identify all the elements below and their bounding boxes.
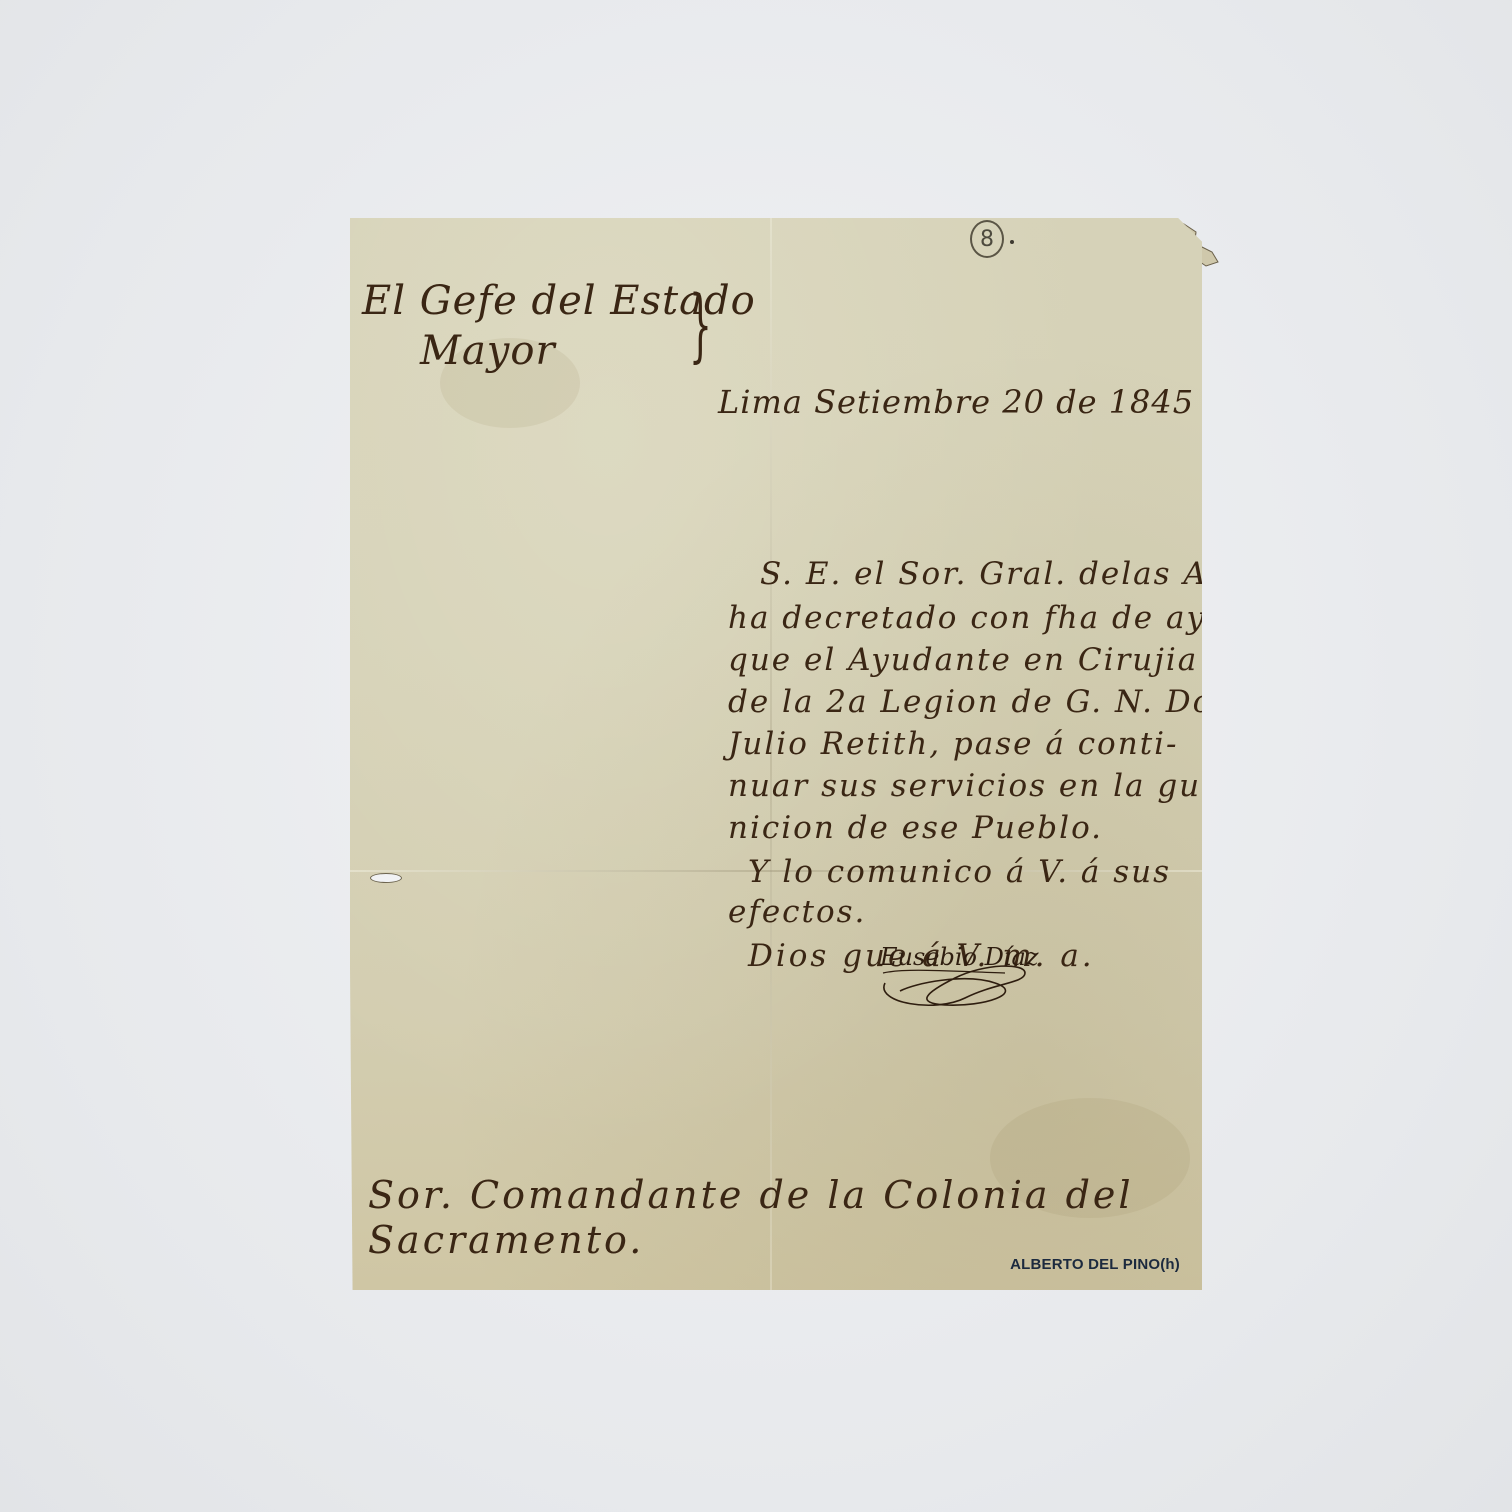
addressee-line-2: Sacramento. <box>368 1218 644 1262</box>
body-line: de la 2a Legion de G. N. Don <box>728 684 1235 720</box>
dateline: Lima Setiembre 20 de 1845 <box>718 383 1194 421</box>
header-line-2: Mayor <box>420 328 556 374</box>
body-line: nicion de ese Pueblo. <box>728 810 1103 846</box>
signature-flourish-icon <box>875 943 1045 1013</box>
letter-sheet: 8 El Gefe del Estado Mayor } Lima Setiem… <box>350 218 1202 1290</box>
paper-hole <box>370 873 402 883</box>
archive-dot <box>1010 240 1014 244</box>
header-brace-icon: } <box>689 278 712 371</box>
body-line: Y lo comunico á V. á sus <box>748 854 1171 890</box>
body-line: Julio Retith, pase á conti- <box>728 726 1179 762</box>
collector-stamp: ALBERTO DEL PINO(h) <box>1010 1256 1180 1273</box>
body-line: ha decretado con fha de ayer <box>728 600 1243 636</box>
body-line: nuar sus servicios en la guar- <box>728 768 1251 804</box>
archive-number-circled: 8 <box>970 220 1004 258</box>
signature: Eusebio Díaz <box>875 943 1045 1013</box>
addressee-line-1: Sor. Comandante de la Colonia del <box>368 1173 1134 1217</box>
body-line: efectos. <box>728 894 866 930</box>
body-line: que el Ayudante en Cirujia <box>728 642 1198 678</box>
